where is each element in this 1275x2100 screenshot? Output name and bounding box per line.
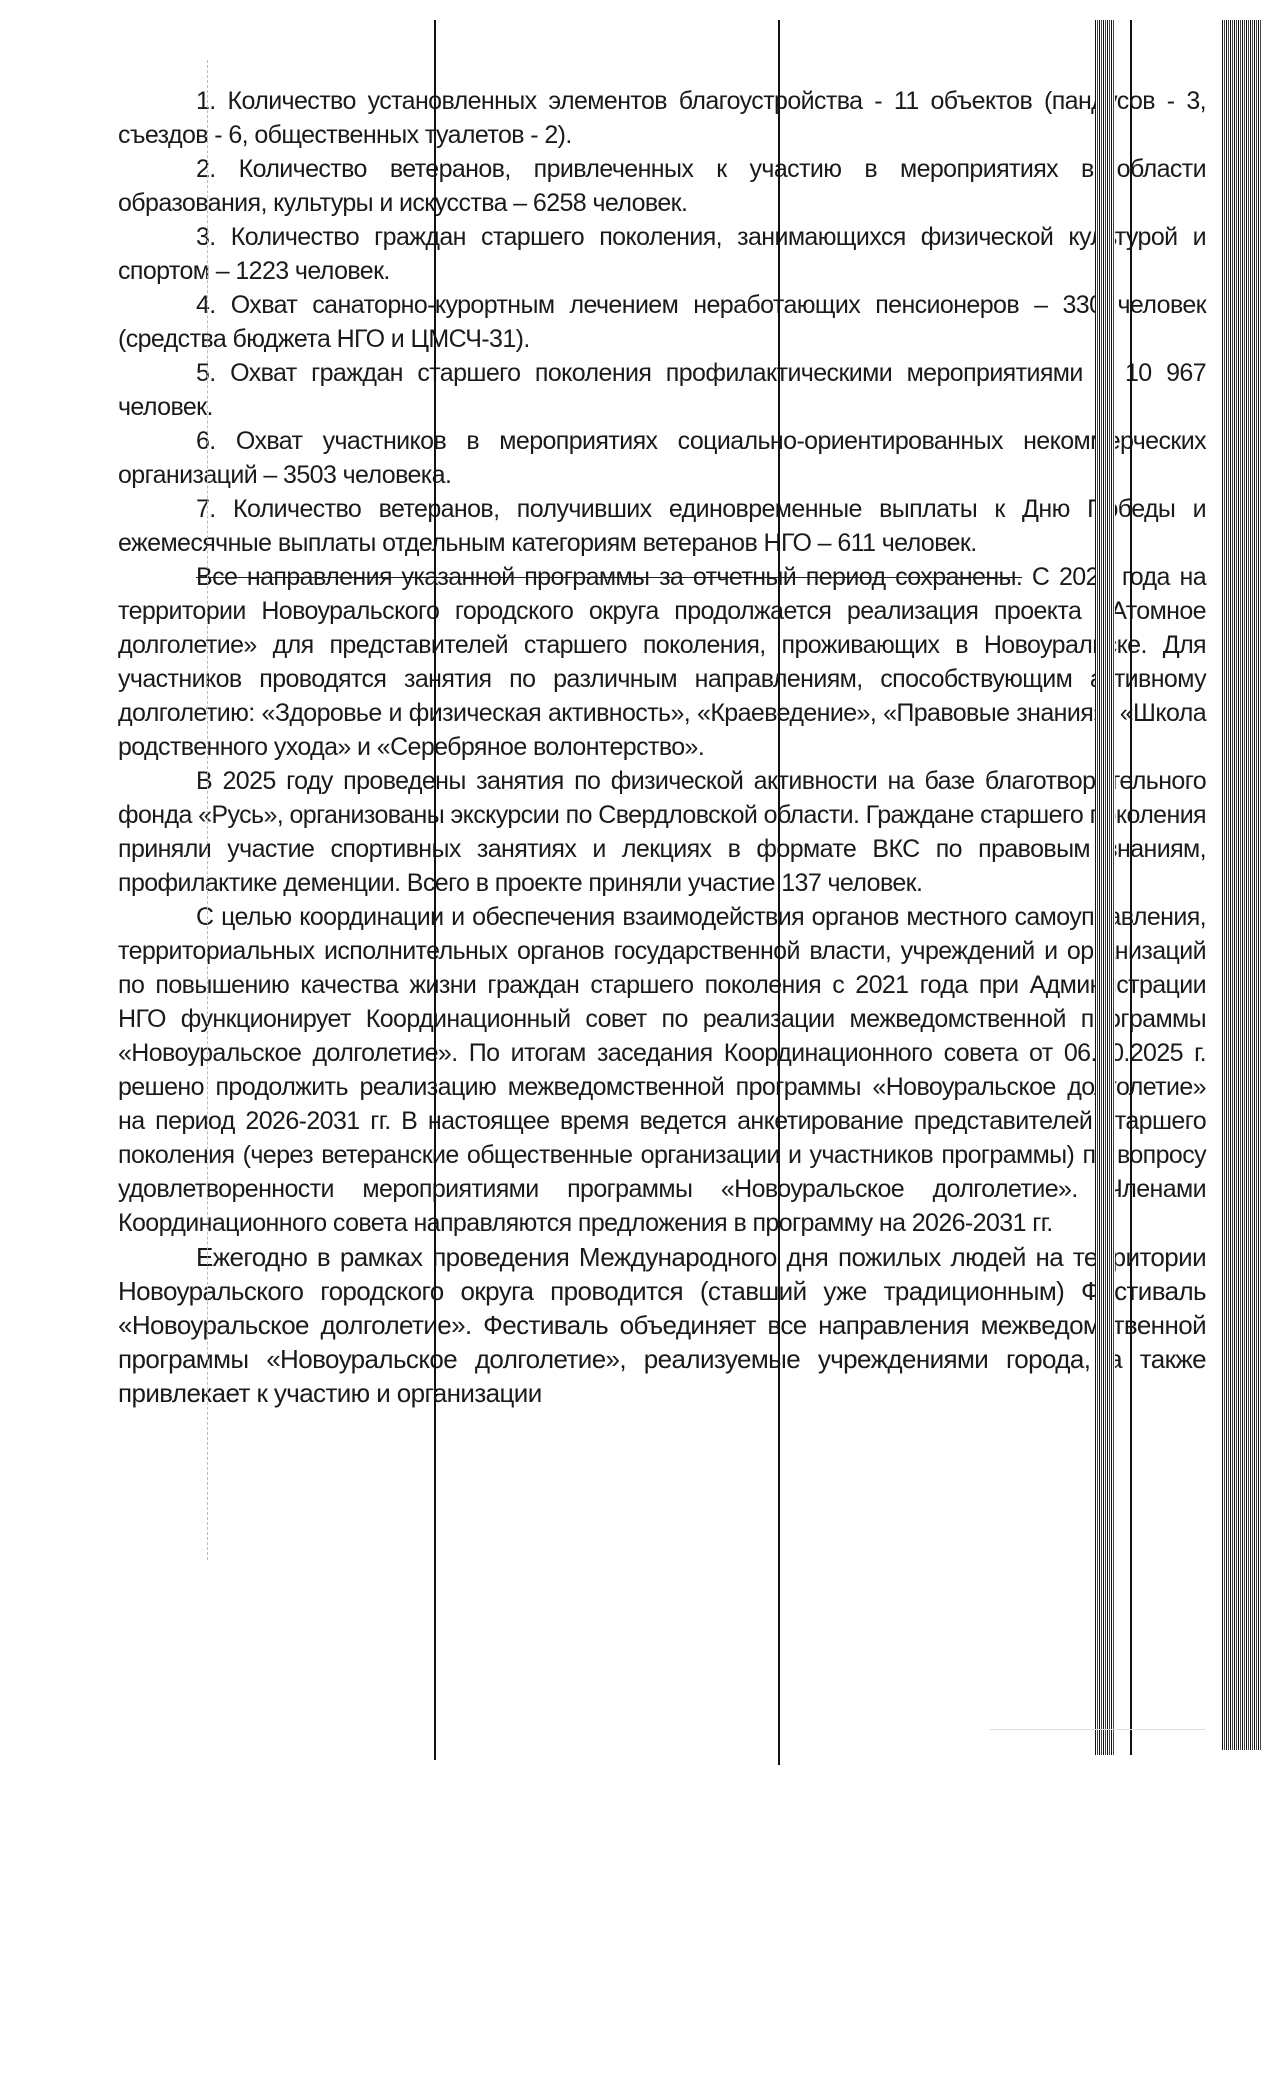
scan-artifact-line bbox=[778, 20, 780, 1765]
scan-artifact-band bbox=[1095, 20, 1115, 1755]
list-item-2: 2. Количество ветеранов, привлеченных к … bbox=[118, 152, 1206, 220]
paragraph-atomic-longevity-rest: С 2024 года на территории Новоуральского… bbox=[118, 563, 1206, 761]
list-item-6: 6. Охват участников в мероприятиях социа… bbox=[118, 424, 1206, 492]
strikethrough-sentence: Все направления указанной программы за о… bbox=[196, 563, 1022, 591]
scan-artifact-band bbox=[1222, 20, 1262, 1750]
list-item-3: 3. Количество граждан старшего поколения… bbox=[118, 220, 1206, 288]
scan-artifact-line bbox=[434, 20, 436, 1760]
scanned-page: 1. Количество установленных элементов бл… bbox=[0, 0, 1275, 2100]
scan-artifact-line bbox=[1130, 20, 1132, 1755]
list-item-7: 7. Количество ветеранов, получивших един… bbox=[118, 492, 1206, 560]
paragraph-atomic-longevity: Все направления указанной программы за о… bbox=[118, 560, 1206, 764]
scan-artifact-dotted-line bbox=[207, 60, 209, 1560]
list-item-4: 4. Охват санаторно-курортным лечением не… bbox=[118, 288, 1206, 356]
paragraph-2025-activities: В 2025 году проведены занятия по физичес… bbox=[118, 764, 1206, 900]
paragraph-coordination-council: С целью координации и обеспечения взаимо… bbox=[118, 900, 1206, 1240]
scan-edge bbox=[990, 1729, 1205, 1730]
paragraph-festival: Ежегодно в рамках проведения Международн… bbox=[118, 1240, 1206, 1410]
list-item-5: 5. Охват граждан старшего поколения проф… bbox=[118, 356, 1206, 424]
document-body: 1. Количество установленных элементов бл… bbox=[118, 84, 1206, 1410]
list-item-1: 1. Количество установленных элементов бл… bbox=[118, 84, 1206, 152]
